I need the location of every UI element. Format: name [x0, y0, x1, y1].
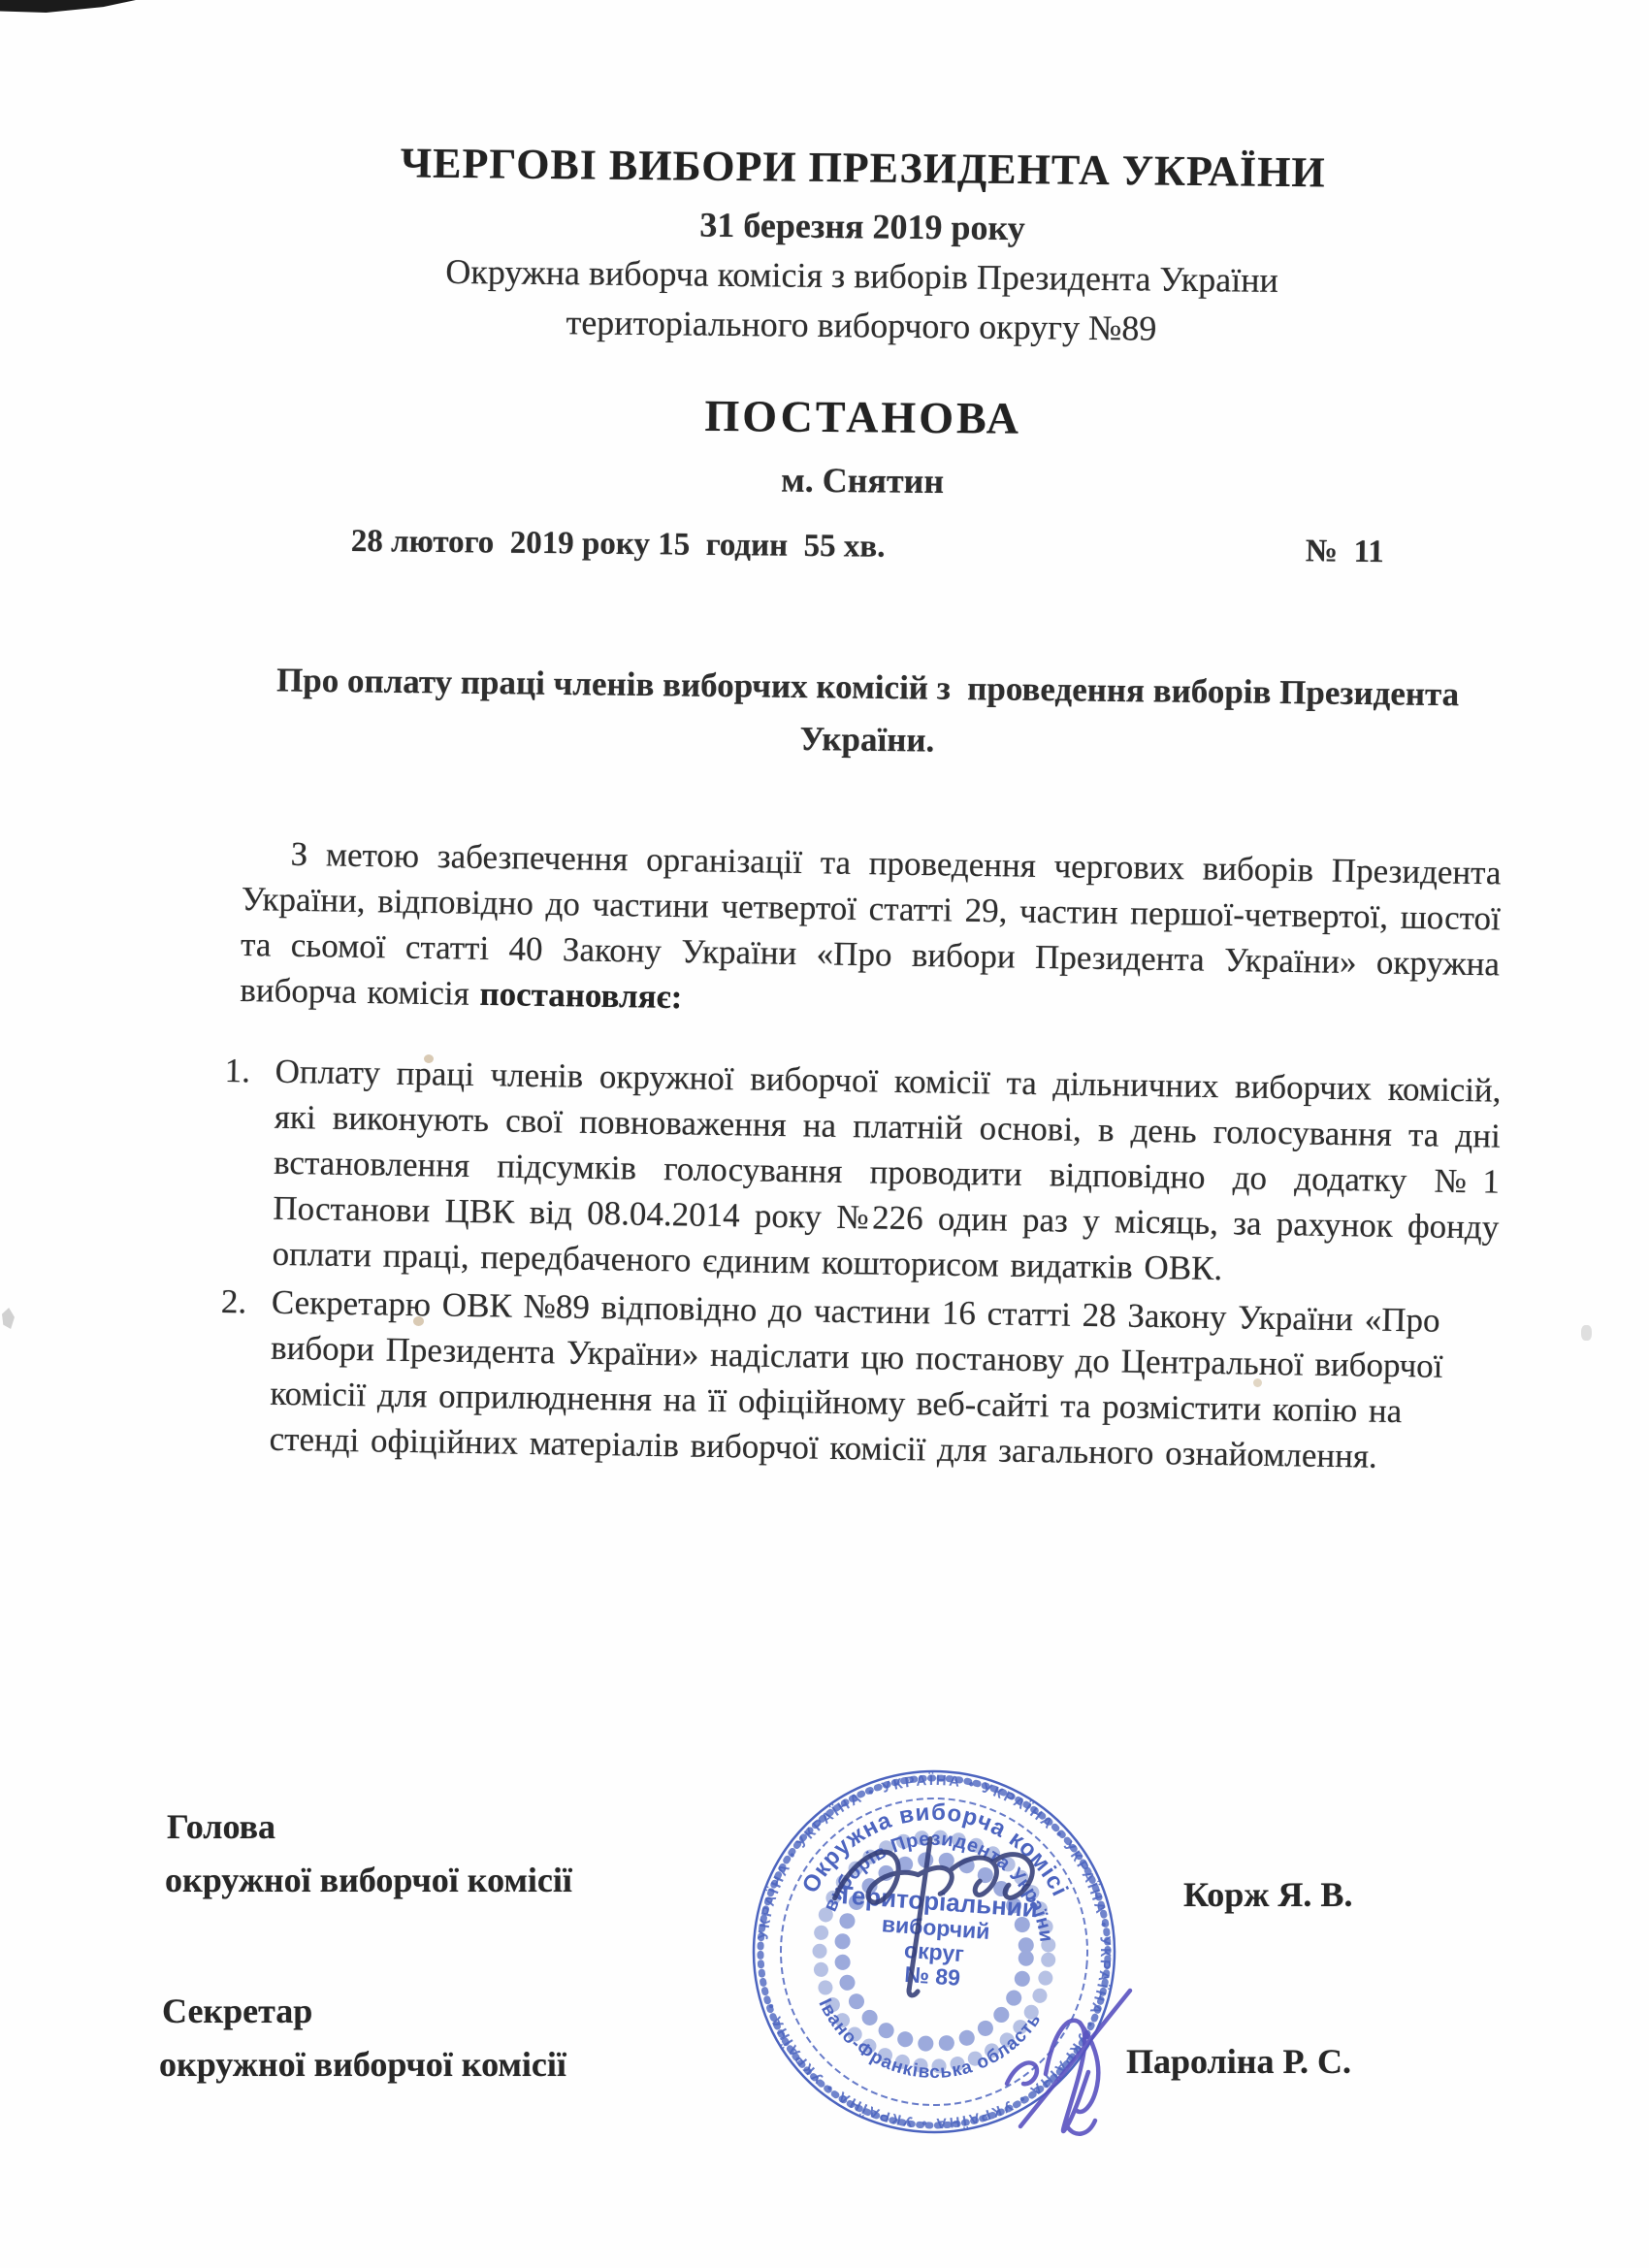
act-datetime: 28 лютого 2019 року 15 годин 55 хв.: [351, 524, 886, 566]
resolution-item: 2. Секретарю ОВК №89 відповідно до части…: [218, 1279, 1498, 1481]
act-place: м. Снятин: [271, 455, 1454, 506]
preamble-resolve-word: постановляє:: [479, 975, 682, 1016]
signatory-role-secretary: Секретар: [162, 1991, 312, 2031]
scan-artifact-left-edge: [2, 1308, 15, 1329]
document-header: ЧЕРГОВІ ВИБОРИ ПРЕЗИДЕНТА УКРАЇНИ 31 бер…: [270, 138, 1455, 353]
item-number: 1.: [224, 1048, 275, 1094]
preamble-paragraph: З метою забезпечення організації та пров…: [240, 830, 1502, 1032]
signatory-org-head: окружної виборчої комісії: [165, 1860, 572, 1900]
signatory-role-head: Голова: [167, 1806, 275, 1847]
district-name: територіального виборчого округу №89: [270, 298, 1453, 354]
date-number-row: 28 лютого 2019 року 15 годин 55 хв. № 11: [351, 524, 1384, 570]
commission-name: Окружна виборча комісія з виборів Презид…: [270, 248, 1453, 305]
act-subject: Про оплату праці членів виборчих комісій…: [246, 654, 1489, 774]
secretary-handwritten-signature: [970, 1969, 1164, 2154]
item-number: 2.: [221, 1279, 273, 1325]
scanned-resolution-document: ЧЕРГОВІ ВИБОРИ ПРЕЗИДЕНТА УКРАЇНИ 31 бер…: [0, 0, 1649, 2268]
item-text: Оплату праці членів окружної виборчої ко…: [272, 1049, 1502, 1296]
election-date: 31 березня 2019 року: [271, 199, 1454, 255]
resolution-list: 1. Оплату праці членів окружної виборчої…: [218, 1048, 1502, 1484]
item-text: Секретарю ОВК №89 відповідно до частини …: [269, 1280, 1498, 1481]
scan-artifact-right-edge: [1581, 1325, 1592, 1341]
scan-artifact-corner: [0, 0, 136, 13]
election-title: ЧЕРГОВІ ВИБОРИ ПРЕЗИДЕНТА УКРАЇНИ: [271, 138, 1454, 199]
signatory-name-head: Корж Я. В.: [1183, 1874, 1352, 1915]
act-type: ПОСТАНОВА: [272, 386, 1455, 448]
act-heading: ПОСТАНОВА м. Снятин: [271, 386, 1455, 506]
act-number: № 11: [1306, 534, 1384, 570]
preamble-text: З метою забезпечення організації та пров…: [240, 835, 1502, 1013]
resolution-item: 1. Оплату праці членів окружної виборчої…: [221, 1048, 1502, 1296]
signatory-org-secretary: окружної виборчої комісії: [159, 2044, 566, 2085]
